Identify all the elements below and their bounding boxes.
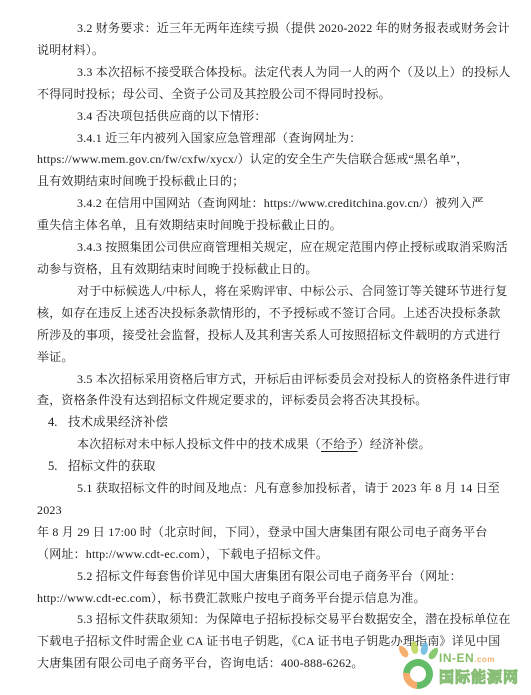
- clause-3-4: 3.4 否决项包括供应商的以下情形：: [37, 106, 523, 128]
- section-4-heading: 4.技术成果经济补偿: [37, 412, 523, 434]
- section-4-title: 技术成果经济补偿: [68, 415, 168, 429]
- clause-3-2: 3.2 财务要求：近三年无两年连续亏损（提供 2020-2022 年的财务报表或…: [37, 18, 523, 62]
- section-5-number: 5.: [48, 456, 68, 478]
- compensation-underlined-term: 不给予: [321, 437, 358, 451]
- review-note-paragraph: 对于中标候选人/中标人，将在采购评审、中标公示、合同签订等关键环节进行复 核，如…: [37, 281, 523, 369]
- brand-main: IN-EN: [439, 651, 474, 665]
- section-5-heading: 5.招标文件的获取: [37, 456, 523, 478]
- in-en-watermark: IN-EN.com 国际能源网: [399, 639, 529, 691]
- clause-3-4-2: 3.4.2 在信用中国网站（查询网址：https://www.creditchi…: [37, 193, 523, 237]
- clause-3-4-3: 3.4.3 按照集团公司供应商管理相关规定，应在规定范围内停止授标或取消采购活 …: [37, 237, 523, 281]
- compensation-text-before: 本次招标对未中标人投标文件中的技术成果（: [77, 437, 321, 451]
- petal-yellow-green-icon: [410, 640, 419, 654]
- clause-5-2: 5.2 招标文件每套售价详见中国大唐集团有限公司电子商务平台（网址： http:…: [37, 566, 523, 610]
- site-name: 国际能源网: [439, 666, 519, 687]
- section-4-number: 4.: [48, 412, 68, 434]
- section-5-title: 招标文件的获取: [68, 459, 156, 473]
- clause-3-4-1: 3.4.1 近三年内被列入国家应急管理部（查询网址为： https://www.…: [37, 128, 523, 194]
- clause-3-5: 3.5 本次招标采用资格后审方式，开标后由评标委员会对投标人的资格条件进行审 查…: [37, 369, 523, 413]
- brand-suffix: .com: [474, 655, 495, 664]
- document-page: 3.2 财务要求：近三年无两年连续亏损（提供 2020-2022 年的财务报表或…: [0, 0, 531, 695]
- compensation-paragraph: 本次招标对未中标人投标文件中的技术成果（不给予）经济补偿。: [37, 434, 523, 456]
- flower-sun-icon: [399, 641, 441, 689]
- petal-orange-icon: [397, 644, 410, 659]
- compensation-text-after: ）经济补偿。: [358, 437, 431, 451]
- clause-3-3: 3.3 本次招标不接受联合体投标。法定代表人为同一人的两个（及以上）的投标人 不…: [37, 62, 523, 106]
- brand-name: IN-EN.com: [439, 651, 519, 665]
- watermark-text: IN-EN.com 国际能源网: [439, 651, 519, 687]
- clause-5-1: 5.1 获取招标文件的时间及地点：凡有意参加投标者，请于 2023 年 8 月 …: [37, 478, 523, 566]
